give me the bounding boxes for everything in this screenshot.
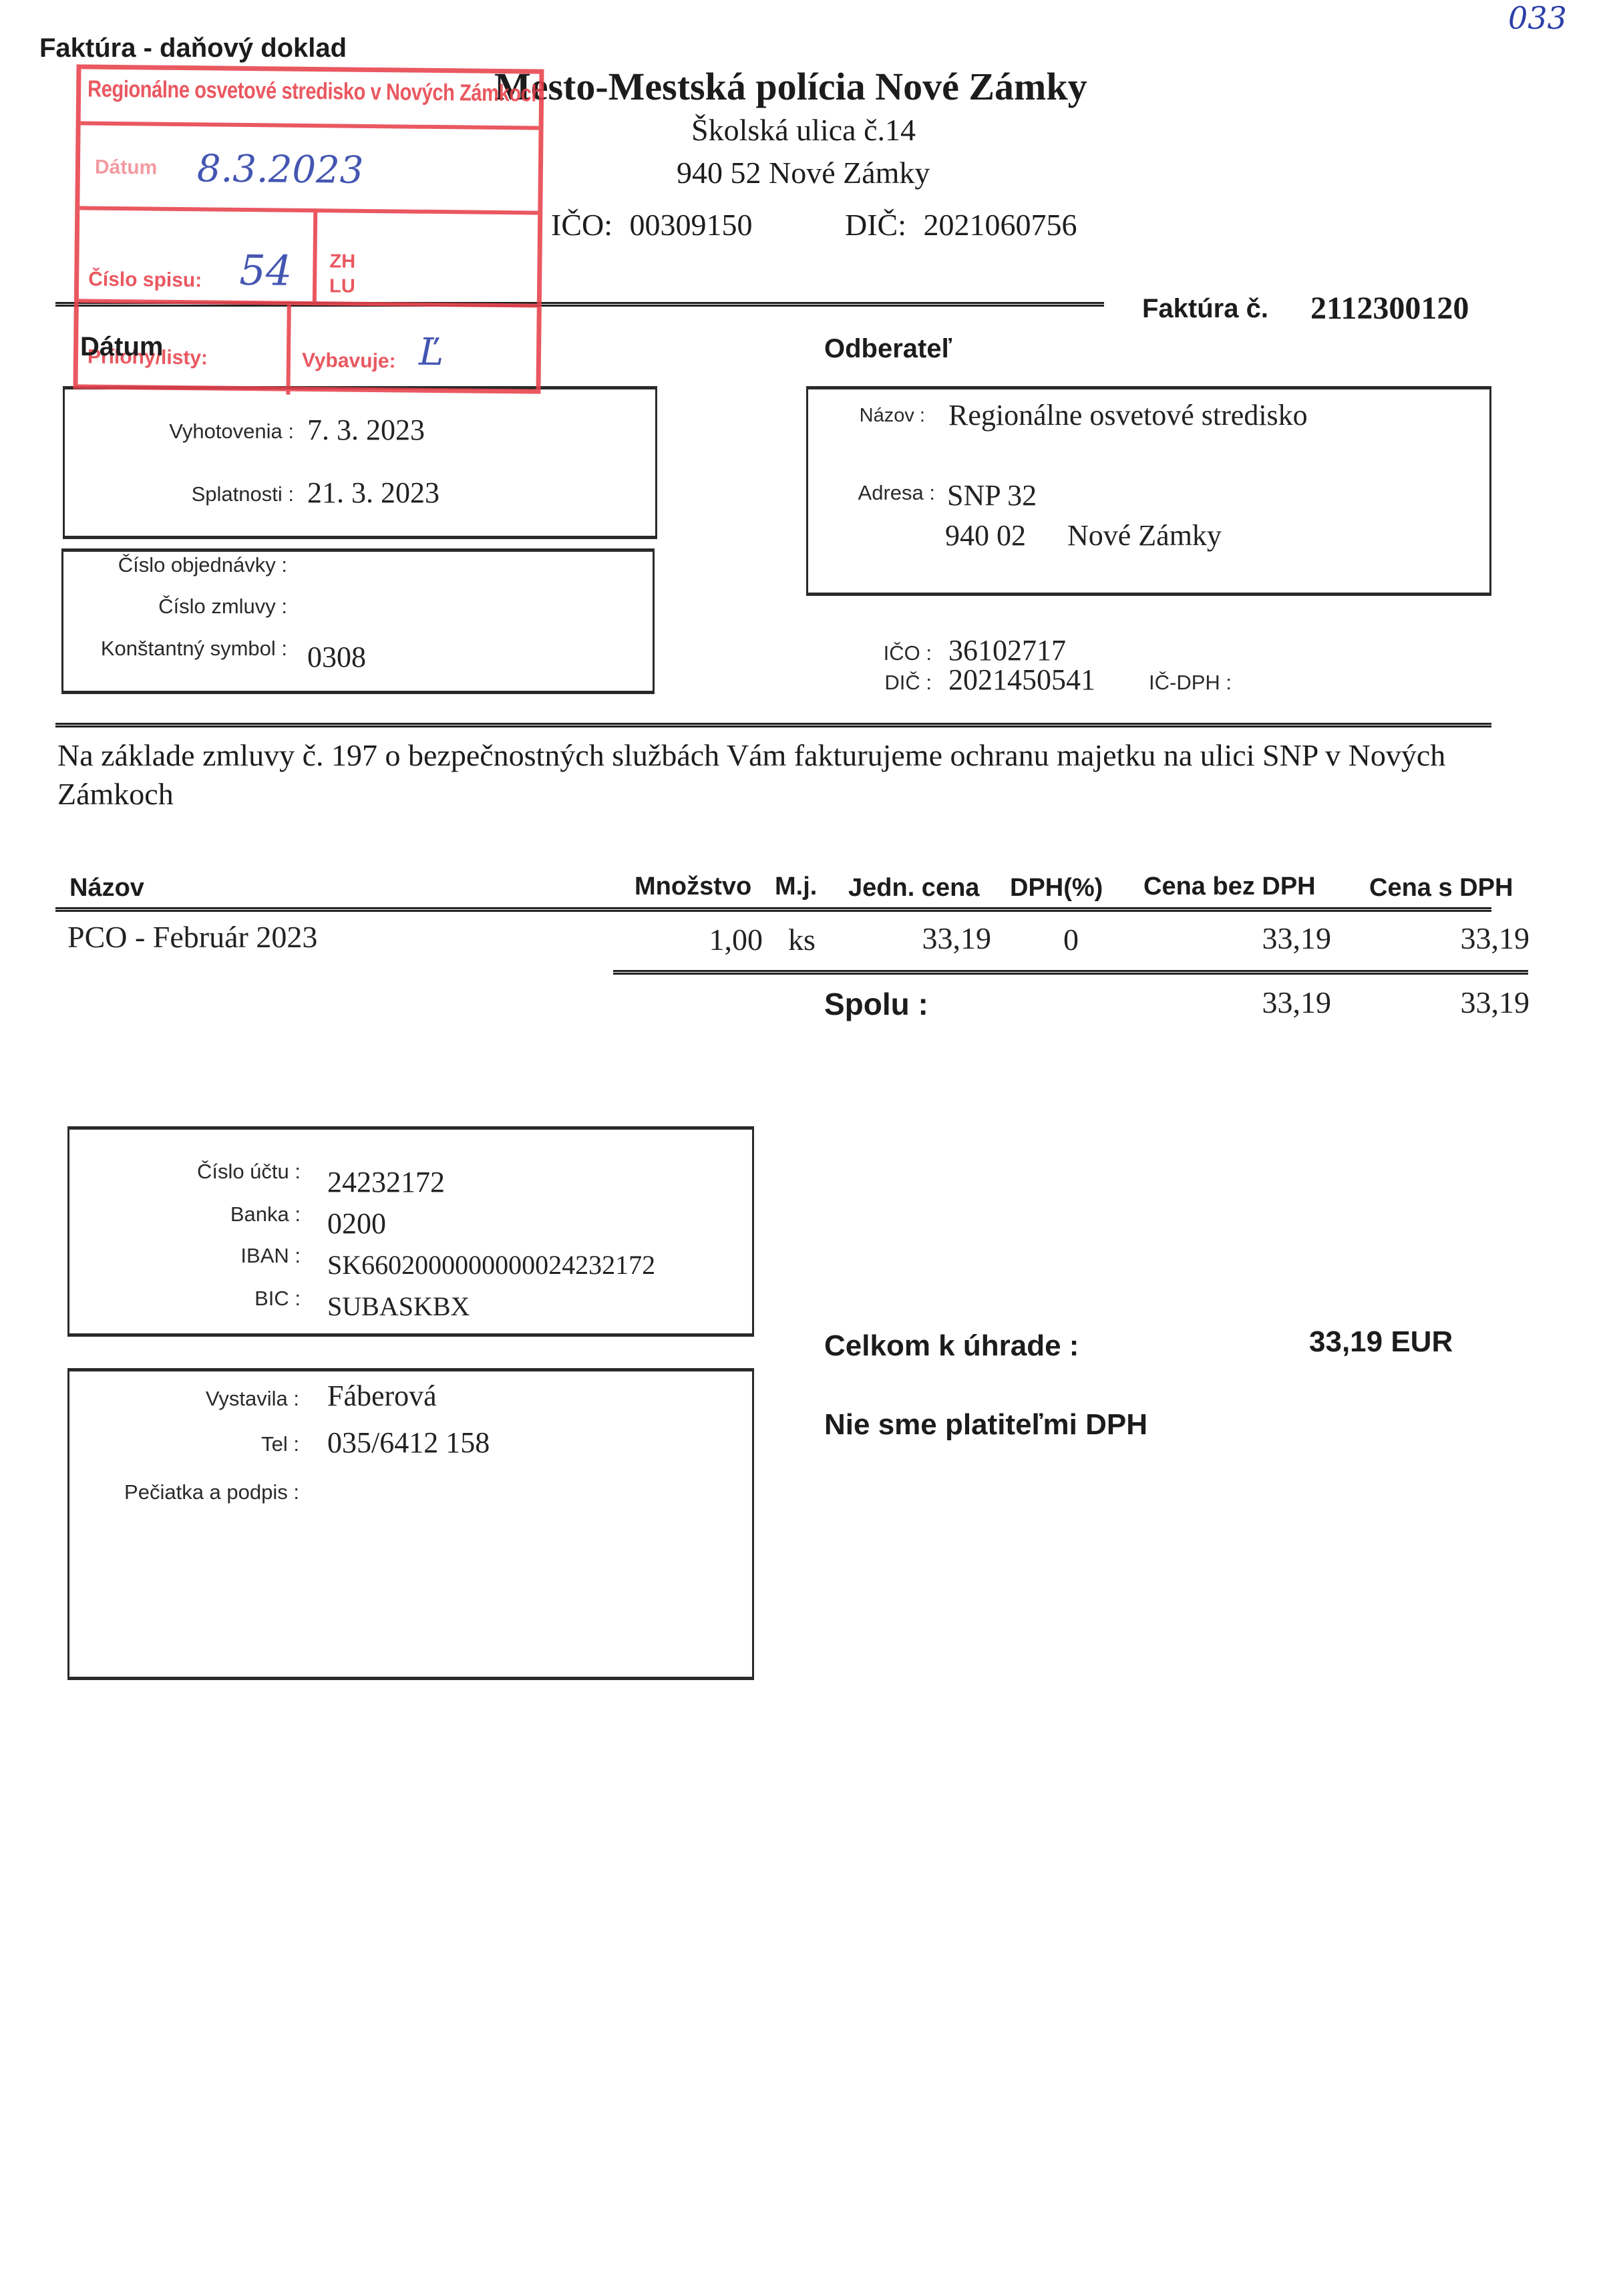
stamp-divider [81,121,539,130]
col-header-price-with-vat: Cena s DPH [1369,874,1513,903]
stamp-lu-label: LU [329,275,355,297]
issuer-box [67,1368,754,1680]
invoice-description: Na základe zmluvy č. 197 o bezpečnostnýc… [57,736,1493,814]
issued-date-value: 7. 3. 2023 [307,413,425,447]
item-unit: ks [788,922,816,957]
dates-box [63,386,657,539]
supplier-street: Školská ulica č.14 [691,112,916,148]
customer-address-label: Adresa : [822,481,935,505]
issued-by-value: Fáberová [327,1379,437,1413]
customer-ico-label: IČO : [835,641,932,665]
customer-address-line1: SNP 32 [947,478,1037,512]
total-with-vat: 33,19 [1336,985,1530,1020]
total-due-label: Celkom k úhrade : [824,1329,1079,1363]
bic-label: BIC : [134,1287,301,1311]
customer-name-value: Regionálne osvetové stredisko [948,398,1308,432]
stamp-handled-by-label: Vybavuje: [302,349,396,373]
bic-value: SUBASKBX [327,1291,470,1322]
document-title: Faktúra - daňový doklad [39,33,347,63]
item-unit-price: 33,19 [855,921,991,956]
customer-dic-label: DIČ : [835,671,932,695]
item-vat-percent: 0 [1063,922,1079,957]
supplier-dic: DIČ: 2021060756 [845,207,1077,242]
stamp-divider [79,299,537,307]
customer-address-postcode: 940 02 [945,518,1026,552]
contract-number-label: Číslo zmluvy : [67,595,287,619]
table-header-divider [55,907,1491,912]
constant-symbol-value: 0308 [307,640,366,674]
stamp-date-value: 8.3.2023 [197,147,364,192]
description-divider [55,723,1491,727]
vat-note: Nie sme platiteľmi DPH [824,1408,1147,1442]
stamp-signature-label: Pečiatka a podpis : [80,1480,299,1504]
supplier-ico: IČO: 00309150 [551,207,753,242]
customer-dic-value: 2021450541 [948,663,1095,697]
account-number-label: Číslo účtu : [134,1160,301,1184]
supplier-name: Mesto-Mestská polícia Nové Zámky [494,64,1087,109]
col-header-quantity: Množstvo [635,872,751,901]
customer-icdph-label: IČ-DPH : [1149,671,1242,695]
supplier-city: 940 52 Nové Zámky [677,155,930,190]
order-number-label: Číslo objednávky : [67,553,287,577]
col-header-price-without-vat: Cena bez DPH [1143,872,1316,901]
supplier-ico-label: IČO: [551,208,612,242]
supplier-dic-label: DIČ: [845,208,906,242]
stamp-organization: Regionálne osvetové stredisko v Nových Z… [87,76,543,108]
stamp-divider [286,301,291,395]
item-name: PCO - Február 2023 [67,919,317,955]
iban-value: SK6602000000000024232172 [327,1249,655,1281]
issued-date-label: Vyhotovenia : [94,420,294,444]
item-price-with-vat: 33,19 [1336,921,1530,956]
customer-name-label: Názov : [822,405,925,427]
bank-code-value: 0200 [327,1206,386,1241]
supplier-ico-value: 00309150 [630,208,753,242]
item-price-without-vat: 33,19 [1135,921,1331,956]
handwritten-page-number: 033 [1508,0,1567,36]
invoice-number: 2112300120 [1310,290,1469,327]
stamp-zh-label: ZH [329,251,355,273]
total-without-vat: 33,19 [1135,985,1331,1020]
col-header-vat-percent: DPH(%) [1010,874,1103,903]
phone-label: Tel : [120,1432,299,1456]
supplier-dic-value: 2021060756 [924,208,1077,242]
constant-symbol-label: Konštantný symbol : [67,637,287,661]
invoice-label: Faktúra č. [1142,294,1268,324]
stamp-file-number-label: Číslo spisu: [88,269,202,293]
due-date-value: 21. 3. 2023 [307,476,439,510]
total-label: Spolu : [824,986,928,1022]
col-header-name: Názov [69,874,144,903]
stamp-divider [79,206,538,214]
dates-section-label: Dátum [80,332,163,362]
item-quantity: 1,00 [668,922,763,957]
table-total-divider [613,970,1528,975]
customer-address-city: Nové Zámky [1067,518,1222,552]
total-due-value: 33,19 EUR [1309,1325,1453,1359]
stamp-file-number-value: 54 [239,246,293,295]
due-date-label: Splatnosti : [94,482,294,506]
col-header-unit: M.j. [775,872,817,901]
phone-value: 035/6412 158 [327,1426,490,1460]
stamp-handled-by-value: Ľ [419,331,444,374]
col-header-unit-price: Jedn. cena [848,874,979,903]
customer-section-label: Odberateľ [824,334,952,364]
issued-by-label: Vystavila : [120,1387,299,1411]
iban-label: IBAN : [134,1244,301,1268]
stamp-date-label: Dátum [95,156,158,180]
account-number-value: 24232172 [327,1165,445,1199]
bank-code-label: Banka : [134,1202,301,1226]
stamp-divider [313,208,318,305]
